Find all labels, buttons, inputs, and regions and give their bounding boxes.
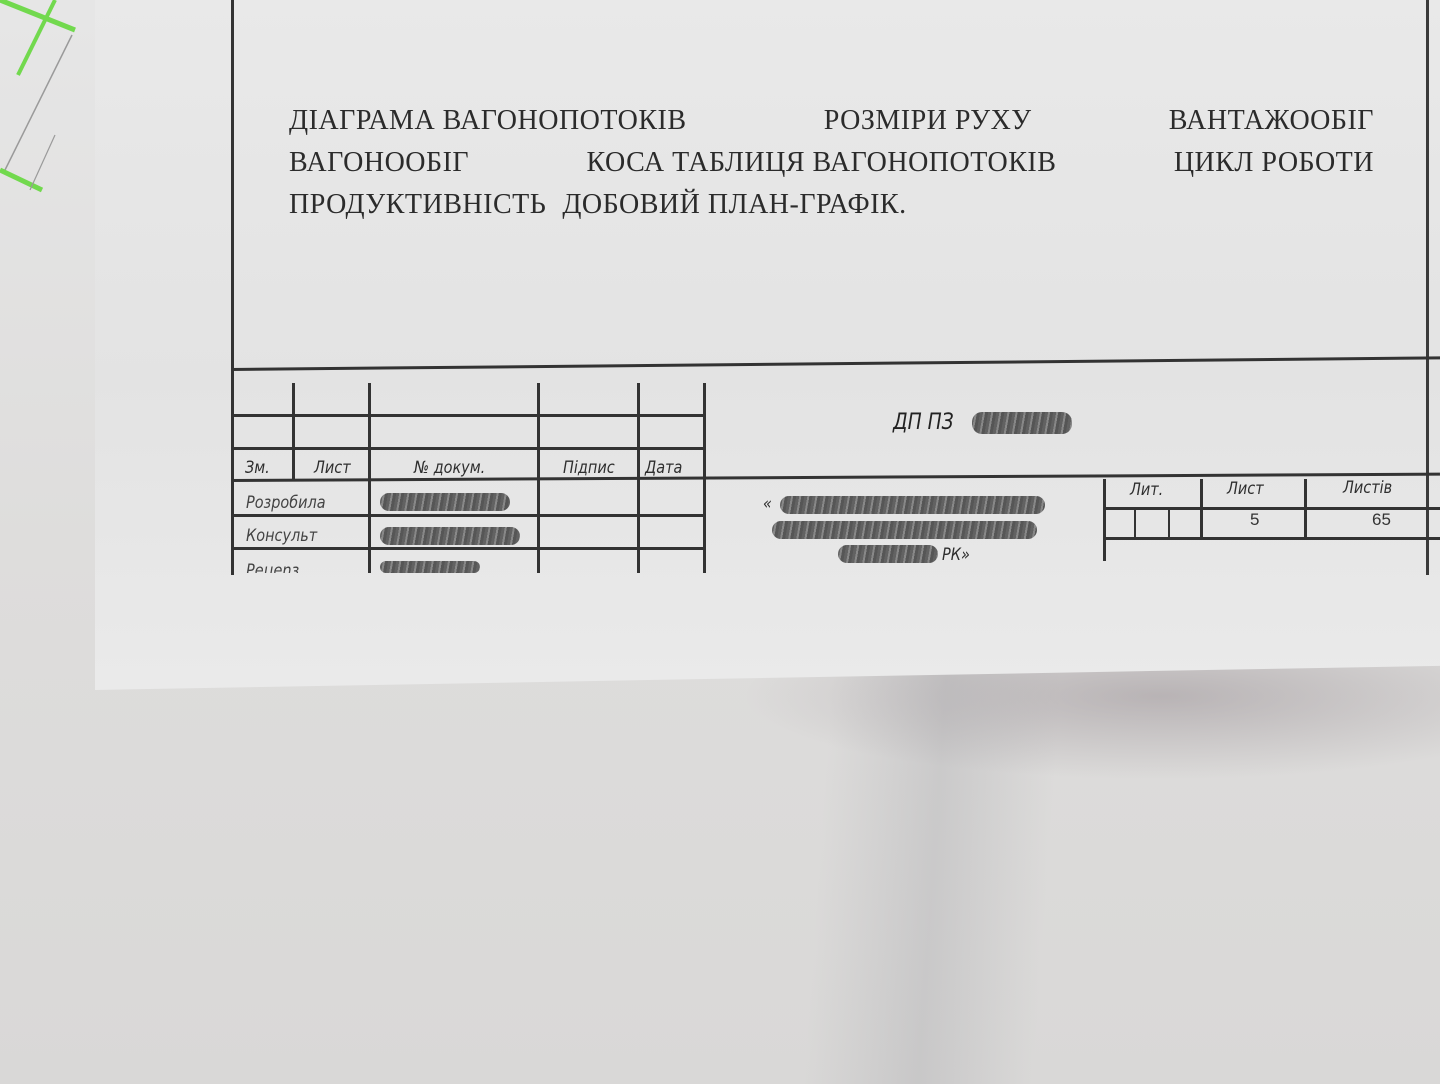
green-grid-lines <box>0 0 90 200</box>
sheet-label: Лист <box>1227 479 1264 499</box>
redacted-name <box>380 493 510 511</box>
sheets-total: 65 <box>1372 510 1391 530</box>
topic-line-2: ВАГОНООБІГ КОСА ТАБЛИЦЯ ВАГОНОПОТОКІВ ЦИ… <box>289 142 1374 184</box>
topic-item: ДІАГРАМА ВАГОНОПОТОКІВ <box>289 100 687 142</box>
redacted-project-title <box>780 496 1045 514</box>
topic-item: КОСА ТАБЛИЦЯ ВАГОНОПОТОКІВ <box>587 142 1057 184</box>
role-developer: Розробила <box>246 493 326 513</box>
sheets-label: Листів <box>1343 478 1392 498</box>
topic-line-1: ДІАГРАМА ВАГОНОПОТОКІВ РОЗМІРИ РУХУ ВАНТ… <box>289 100 1374 142</box>
role-consultant: Консульт <box>246 526 317 546</box>
redacted-name <box>380 561 480 573</box>
header-date: Дата <box>645 458 682 478</box>
sheet-number: 5 <box>1250 510 1259 530</box>
redacted-code <box>972 412 1072 434</box>
project-title-quote: « <box>763 494 772 514</box>
redacted-project-title <box>838 545 938 563</box>
topic-item: ВАГОНООБІГ <box>289 142 469 184</box>
topic-list: ДІАГРАМА ВАГОНОПОТОКІВ РОЗМІРИ РУХУ ВАНТ… <box>289 100 1374 226</box>
header-change: Зм. <box>245 458 270 478</box>
lit-label: Лит. <box>1130 480 1163 500</box>
topic-item: ПРОДУКТИВНІСТЬ <box>289 184 546 226</box>
topic-item: РОЗМІРИ РУХУ <box>824 100 1032 142</box>
topic-line-3: ПРОДУКТИВНІСТЬ ДОБОВИЙ ПЛАН-ГРАФІК. <box>289 184 1374 226</box>
role-reviewer: Рецenз <box>246 561 299 573</box>
header-signature: Підпис <box>563 458 615 478</box>
header-sheet: Лист <box>314 458 351 478</box>
topic-item: ВАНТАЖООБІГ <box>1169 100 1374 142</box>
topic-item: ДОБОВИЙ ПЛАН-ГРАФІК. <box>562 184 906 226</box>
topic-item: ЦИКЛ РОБОТИ <box>1174 142 1374 184</box>
header-doc-number: № докум. <box>414 458 485 478</box>
document-code: ДП ПЗ <box>893 410 954 435</box>
redacted-project-title <box>772 521 1037 539</box>
project-title-end: РК» <box>942 545 970 565</box>
redacted-name <box>380 527 520 545</box>
